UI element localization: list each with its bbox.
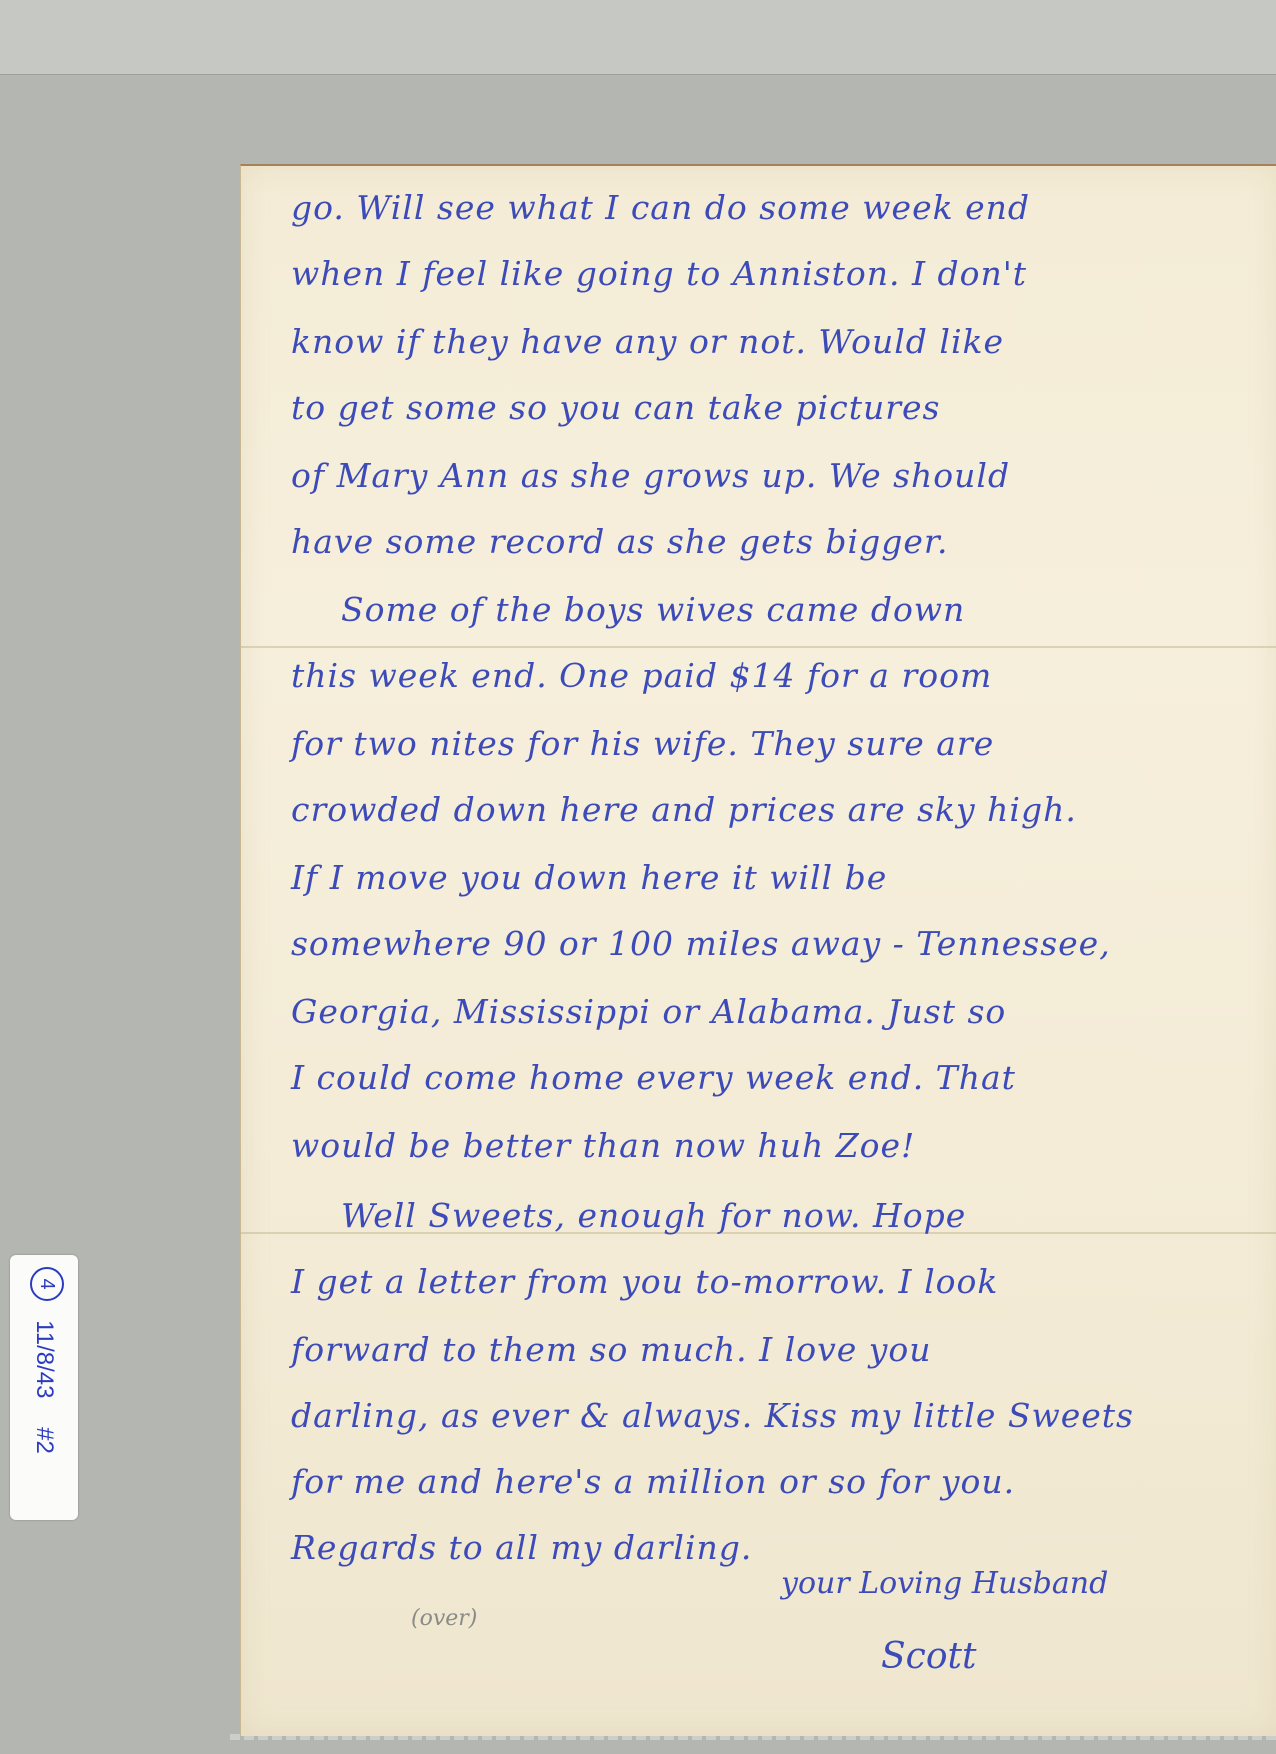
archive-date: 11/8/43	[31, 1320, 58, 1398]
letter-body: go. Will see what I can do some week end…	[241, 166, 1276, 1736]
letter-line: Regards to all my darling.	[291, 1528, 752, 1567]
archive-label-tag: 4 11/8/43 #2	[10, 1255, 78, 1520]
letter-line: this week end. One paid $14 for a room	[291, 656, 992, 695]
letter-page: go. Will see what I can do some week end…	[240, 164, 1276, 1736]
letter-line: to get some so you can take pictures	[291, 388, 940, 427]
letter-line: darling, as ever & always. Kiss my littl…	[291, 1396, 1134, 1435]
letter-line: of Mary Ann as she grows up. We should	[291, 456, 1010, 495]
letter-line: have some record as she gets bigger.	[291, 522, 949, 561]
letter-line: Some of the boys wives came down	[341, 590, 965, 629]
letter-line: I get a letter from you to-morrow. I loo…	[291, 1262, 998, 1301]
letter-line: for two nites for his wife. They sure ar…	[291, 724, 994, 763]
letter-closing: your Loving Husband	[781, 1566, 1108, 1601]
letter-line: crowded down here and prices are sky hig…	[291, 790, 1077, 829]
letter-line: If I move you down here it will be	[291, 858, 887, 897]
archive-reference: #2	[31, 1427, 58, 1454]
letter-line: forward to them so much. I love you	[291, 1330, 932, 1369]
letter-line: go. Will see what I can do some week end	[291, 188, 1030, 227]
archive-label-text: 11/8/43 #2	[30, 1320, 58, 1454]
pencil-note: (over)	[411, 1606, 477, 1631]
letter-line: know if they have any or not. Would like	[291, 322, 1004, 361]
letter-line: I could come home every week end. That	[291, 1058, 1016, 1097]
letter-line: when I feel like going to Anniston. I do…	[291, 254, 1027, 293]
scanner-top-band	[0, 0, 1276, 75]
letter-line: would be better than now huh Zoe!	[291, 1126, 915, 1165]
page-number-circle: 4	[30, 1267, 64, 1301]
letter-line: Georgia, Mississippi or Alabama. Just so	[291, 992, 1006, 1031]
letter-line: Well Sweets, enough for now. Hope	[341, 1196, 966, 1235]
letter-line: for me and here's a million or so for yo…	[291, 1462, 1015, 1501]
letter-line: somewhere 90 or 100 miles away - Tenness…	[291, 924, 1111, 963]
letter-signature: Scott	[881, 1636, 976, 1677]
